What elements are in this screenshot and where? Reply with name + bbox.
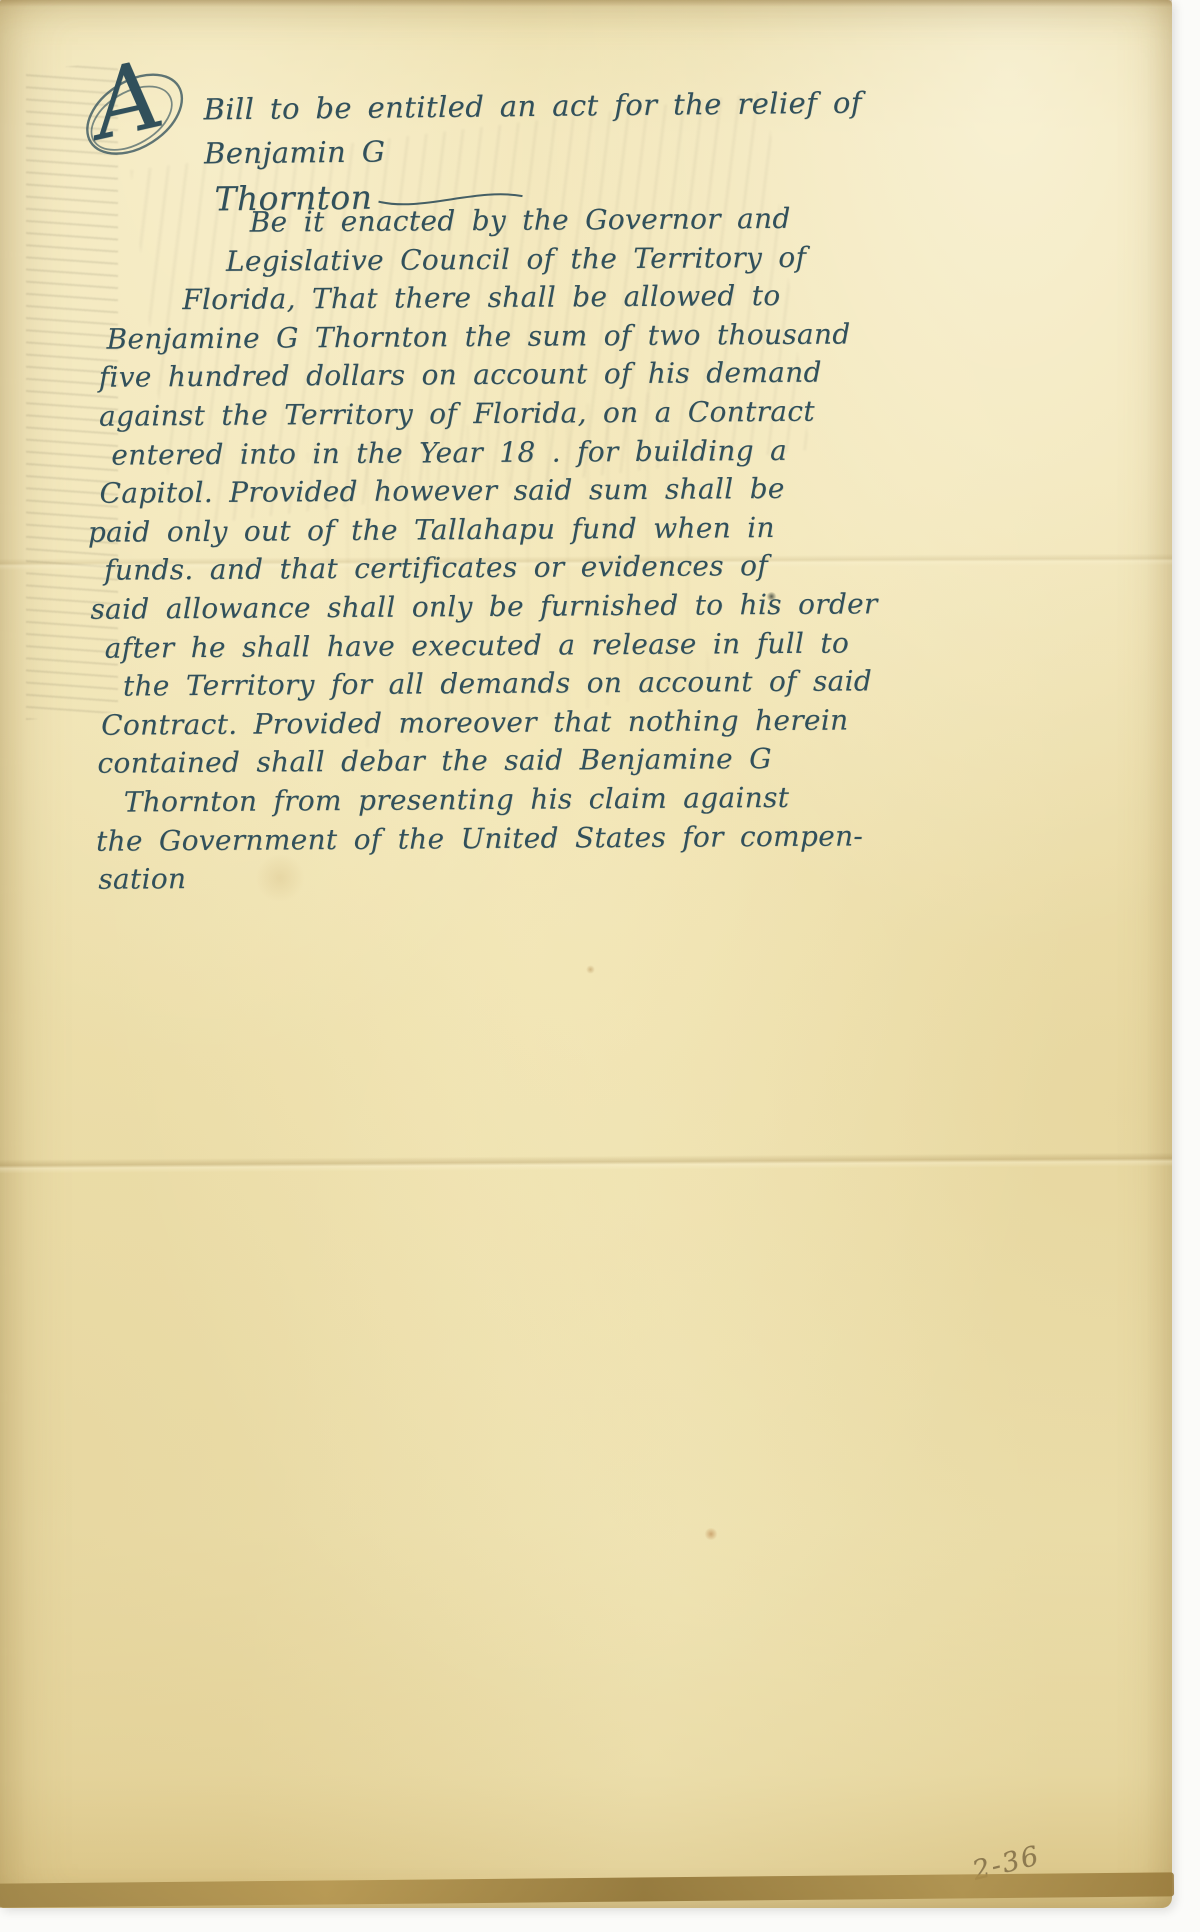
manuscript-line-text: funds. and that certificates or evidence… (104, 549, 768, 587)
paper-bottom-edge (0, 1872, 1174, 1907)
manuscript-line-text: entered into in the Year 18 . for buildi… (111, 433, 787, 471)
manuscript-line: funds. and that certificates or evidence… (0, 546, 980, 591)
manuscript-line: sation (2, 855, 982, 900)
manuscript-line-text: Be it enacted by the Governor and (250, 202, 791, 239)
manuscript-line-text: five hundred dollars on account of his d… (99, 356, 822, 394)
manuscript-line-text: Legislative Council of the Territory of (226, 240, 806, 277)
manuscript-line-text: sation (98, 862, 186, 896)
rust-stain (704, 1528, 718, 1540)
manuscript-line: against the Territory of Florida, on a C… (0, 392, 979, 437)
manuscript-line-text: Thornton from presenting his claim again… (124, 781, 790, 819)
manuscript-line-text: Contract. Provided moreover that nothing… (101, 703, 848, 741)
manuscript-line-text: Florida, That there shall be allowed to (182, 279, 780, 316)
manuscript-line-text: against the Territory of Florida, on a C… (99, 395, 815, 433)
manuscript-line-text: contained shall debar the said Benjamine… (97, 742, 772, 780)
manuscript-line: after he shall have executed a release i… (1, 623, 981, 668)
manuscript-line: the Government of the United States for … (2, 816, 982, 861)
manuscript-line: Be it enacted by the Governor and (0, 197, 978, 244)
manuscript-page: A Bill to be entitled an act for the rel… (0, 0, 1172, 1908)
rust-stain (586, 965, 595, 974)
manuscript-line-text: Benjamine G Thornton the sum of two thou… (106, 317, 850, 355)
manuscript-line: Capitol. Provided however said sum shall… (0, 469, 980, 514)
manuscript-line-text: Capitol. Provided however said sum shall… (99, 472, 784, 510)
manuscript-line: Benjamine G Thornton the sum of two thou… (0, 314, 979, 359)
manuscript-line: Contract. Provided moreover that nothing… (1, 700, 981, 745)
manuscript-line-text: said allowance shall only be furnished t… (90, 587, 877, 625)
manuscript-line-text: the Territory for all demands on account… (123, 664, 872, 702)
paper-top-edge (0, 0, 1172, 7)
manuscript-line: said allowance shall only be furnished t… (0, 585, 980, 630)
fold-crease-lower (0, 1152, 1172, 1173)
manuscript-line: entered into in the Year 18 . for buildi… (0, 430, 979, 475)
manuscript-line: the Territory for all demands on account… (1, 662, 981, 707)
manuscript-line: paid only out of the Tallahapu fund when… (0, 507, 980, 552)
heading-line-1: Bill to be entitled an act for the relie… (91, 79, 972, 176)
manuscript-line-text: paid only out of the Tallahapu fund when… (88, 511, 775, 549)
bill-body: Be it enacted by the Governor and Legisl… (0, 197, 982, 901)
manuscript-line-text: after he shall have executed a release i… (105, 626, 850, 664)
manuscript-line-text: the Government of the United States for … (96, 819, 863, 857)
